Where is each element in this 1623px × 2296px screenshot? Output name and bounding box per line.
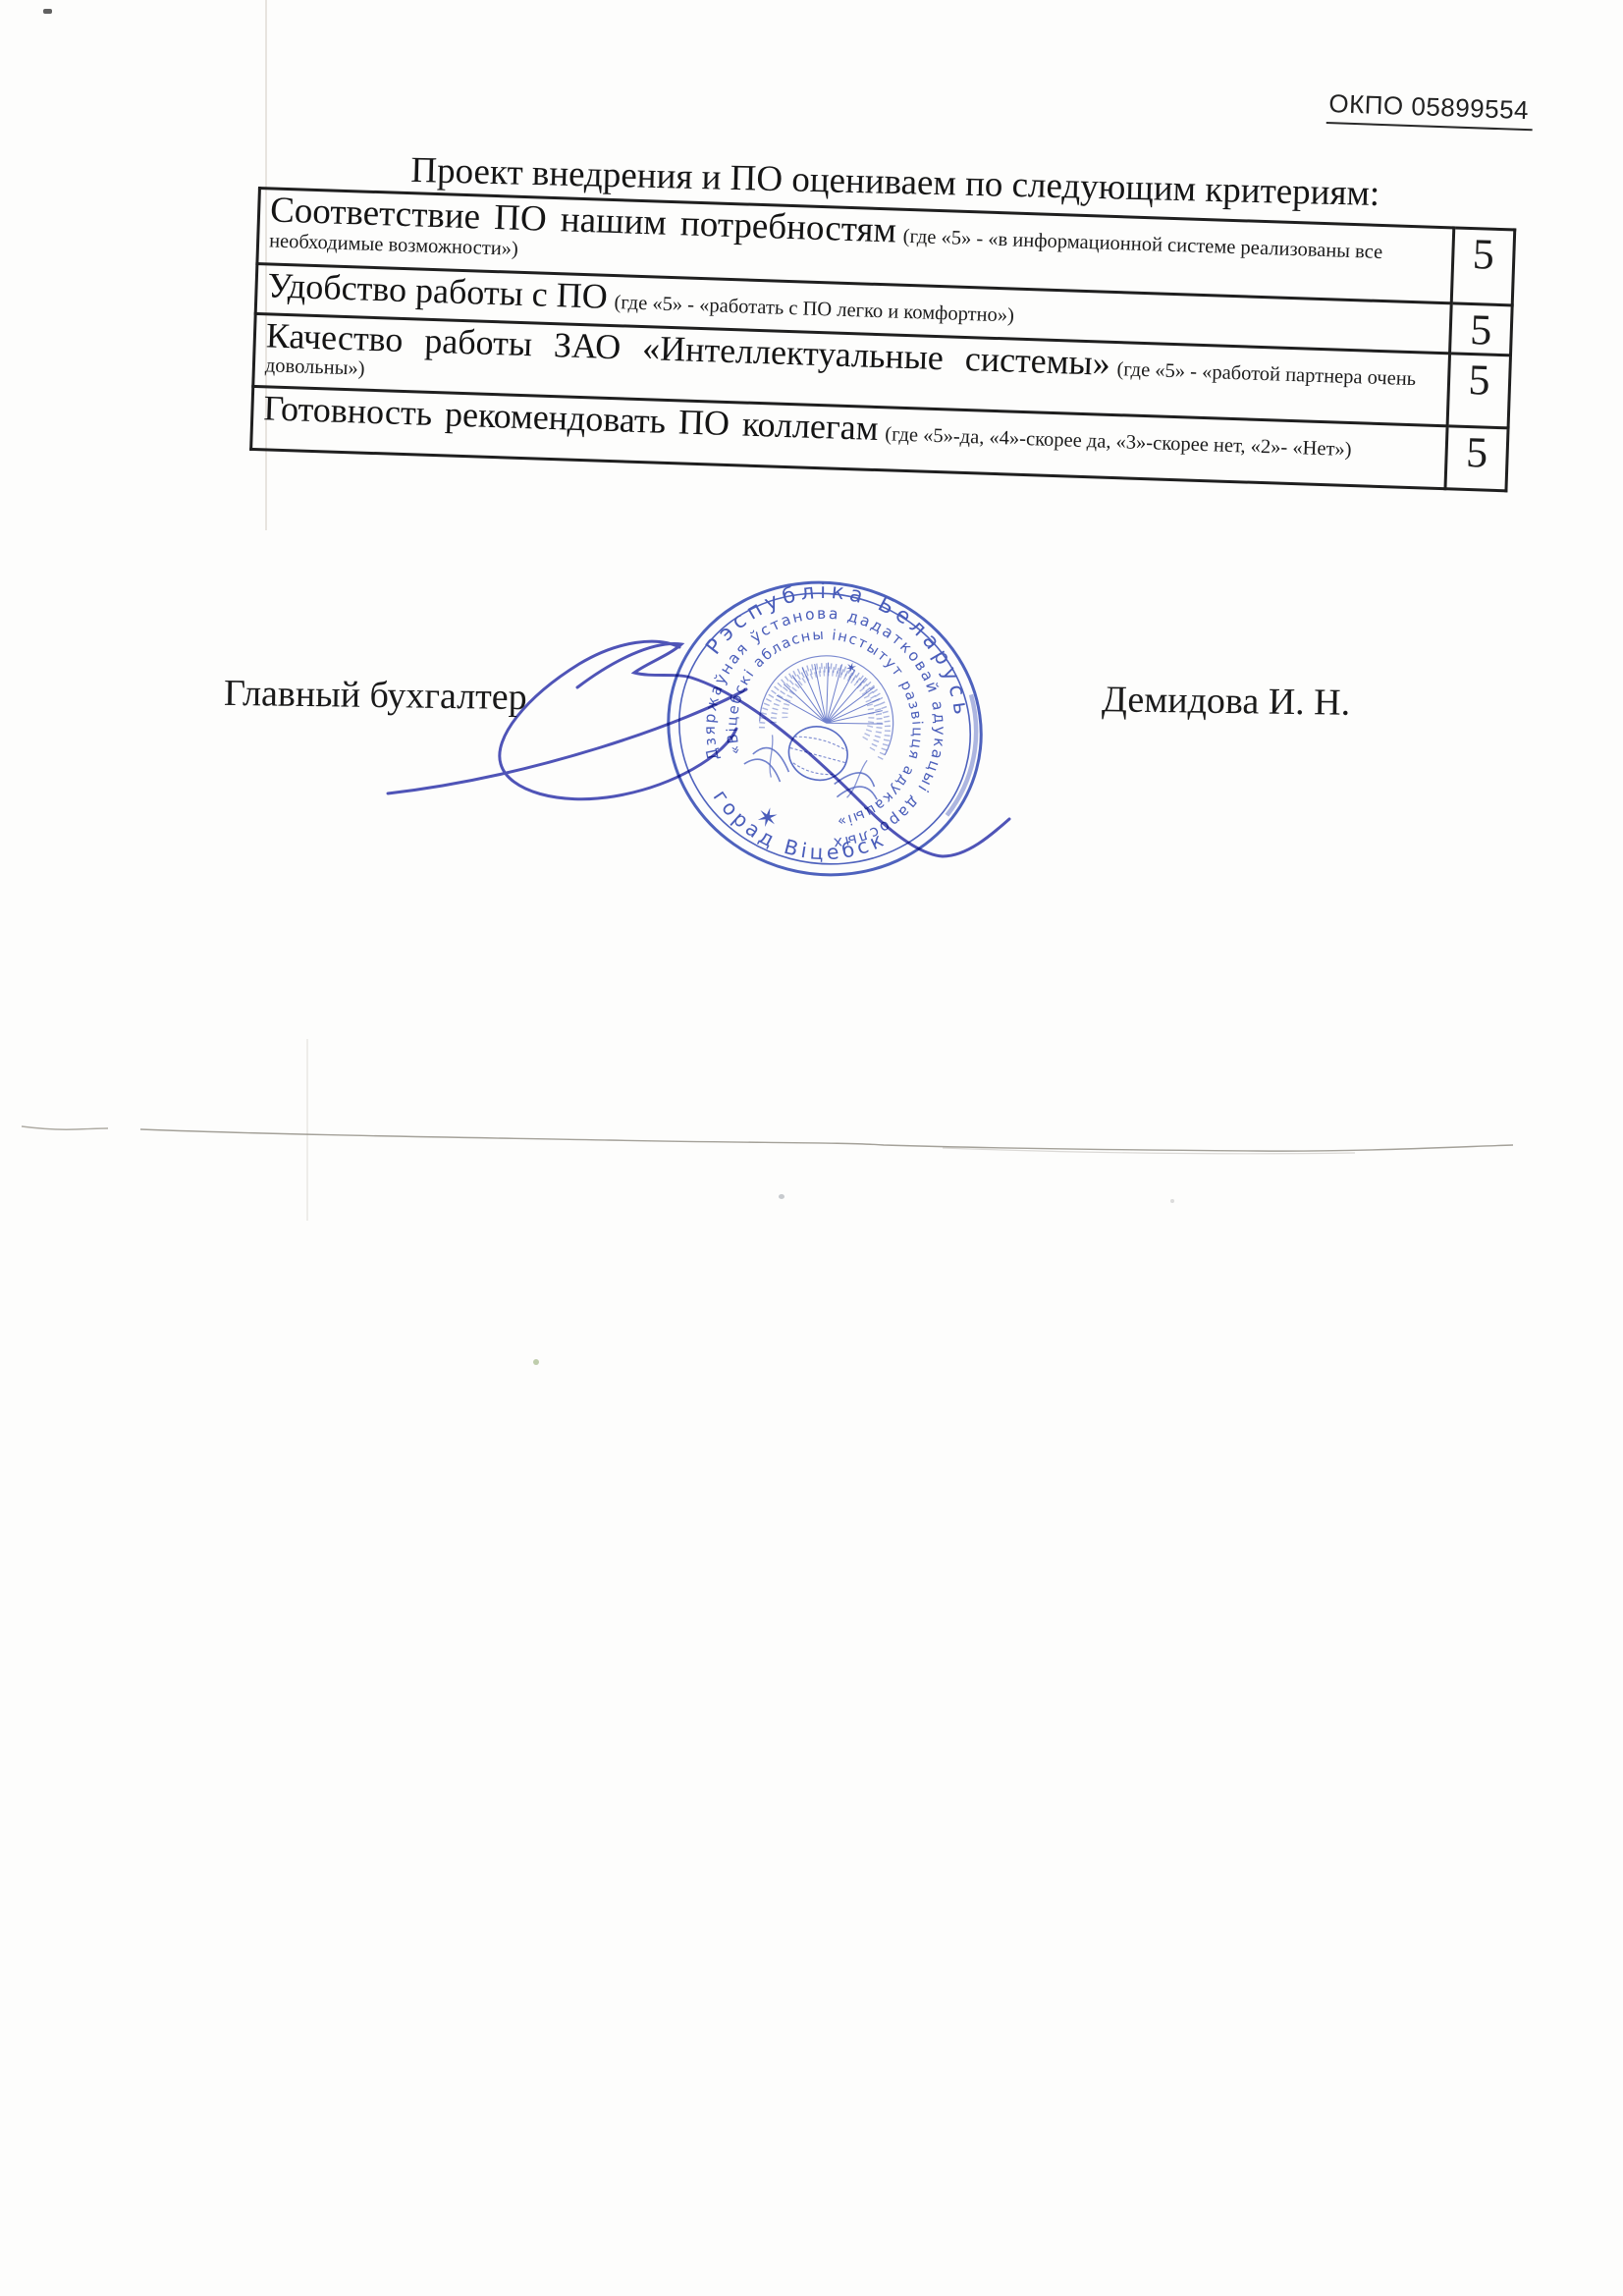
criterion-note: (где «5»-да, «4»-скорее да, «3»-скорее н…: [885, 423, 1352, 461]
signature-zigzag-tail: [577, 643, 1009, 856]
criterion-text: Удобство работы с ПО: [267, 265, 608, 315]
fold-line: [0, 1100, 1623, 1188]
score-value: 5: [1450, 303, 1513, 355]
score-value: 5: [1447, 354, 1510, 428]
score-value: 5: [1445, 426, 1508, 491]
criterion-note: (где «5» - «работать с ПО легко и комфор…: [614, 292, 1014, 326]
scanned-document-page: ОКПО 05899554 Проект внедрения и ПО оцен…: [0, 0, 1623, 2296]
fold-segment-left: [22, 1126, 108, 1129]
scan-speck: [533, 1359, 539, 1365]
okpo-number: ОКПО 05899554: [1326, 88, 1534, 131]
criteria-table: Соответствие ПО нашим потребностям(где «…: [249, 187, 1516, 492]
signature-loop: [500, 641, 736, 799]
scan-speck: [1170, 1199, 1174, 1203]
scan-speck: [43, 9, 52, 14]
score-value: 5: [1451, 228, 1515, 305]
signer-name: Демидова И. Н.: [1102, 678, 1351, 725]
scan-speck: [779, 1194, 784, 1199]
signature-lead-stroke: [388, 689, 746, 793]
fold-segment-main: [140, 1129, 1513, 1151]
handwritten-signature: [363, 619, 1051, 884]
